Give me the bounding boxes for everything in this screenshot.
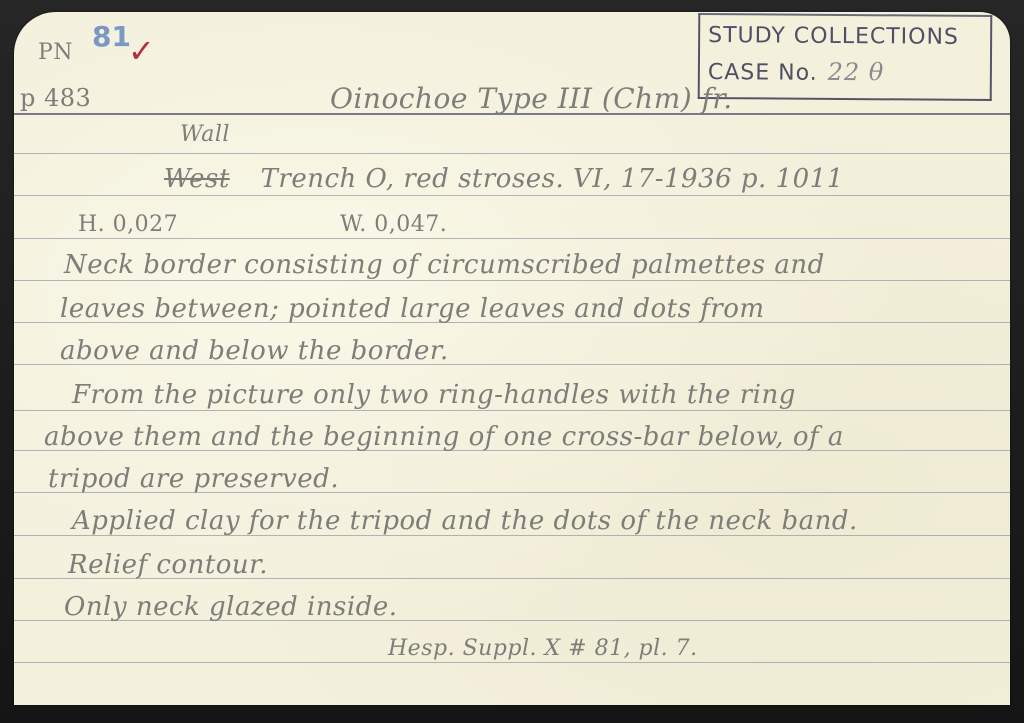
stamp-title: STUDY COLLECTIONS <box>708 23 959 50</box>
description-line: above and below the border. <box>60 336 449 366</box>
struck-word: West <box>164 164 230 194</box>
ruled-line <box>14 280 1010 281</box>
pn-number: 81 <box>92 20 131 53</box>
location-line: West Trench O, red stroses. VI, 17-1936 … <box>164 164 844 194</box>
description-line: From the picture only two ring-handles w… <box>72 380 796 410</box>
ruled-line <box>14 410 1010 411</box>
card-title: Oinochoe Type III (Chm) fr. <box>330 82 733 115</box>
case-number: 22 θ <box>828 58 885 86</box>
description-line: Neck border consisting of circumscribed … <box>64 250 825 280</box>
description-line: Only neck glazed inside. <box>64 592 398 622</box>
description-line: leaves between; pointed large leaves and… <box>60 294 765 324</box>
description-line: Relief contour. <box>68 550 268 580</box>
study-collections-stamp: STUDY COLLECTIONS CASE No.22 θ <box>698 13 993 101</box>
ruled-line <box>14 662 1010 663</box>
location-details: Trench O, red stroses. VI, 17-1936 p. 10… <box>261 164 844 194</box>
publication-reference: Hesp. Suppl. X # 81, pl. 7. <box>388 636 698 661</box>
width-dimension: W. 0,047. <box>340 212 447 237</box>
location-correction: Wall <box>180 122 230 147</box>
pn-label: PN <box>38 40 73 65</box>
ruled-line <box>14 153 1010 154</box>
page-reference: p 483 <box>20 84 91 112</box>
height-dimension: H. 0,027 <box>78 212 178 237</box>
description-line: Applied clay for the tripod and the dots… <box>72 506 858 536</box>
check-mark-icon: ✓ <box>128 32 155 70</box>
ruled-line <box>14 238 1010 239</box>
ruled-line <box>14 195 1010 196</box>
stamp-case-row: CASE No.22 θ <box>708 57 885 86</box>
description-line: tripod are preserved. <box>48 464 339 494</box>
description-line: above them and the beginning of one cros… <box>44 422 844 452</box>
index-card: PN 81 ✓ p 483 STUDY COLLECTIONS CASE No.… <box>14 12 1010 705</box>
